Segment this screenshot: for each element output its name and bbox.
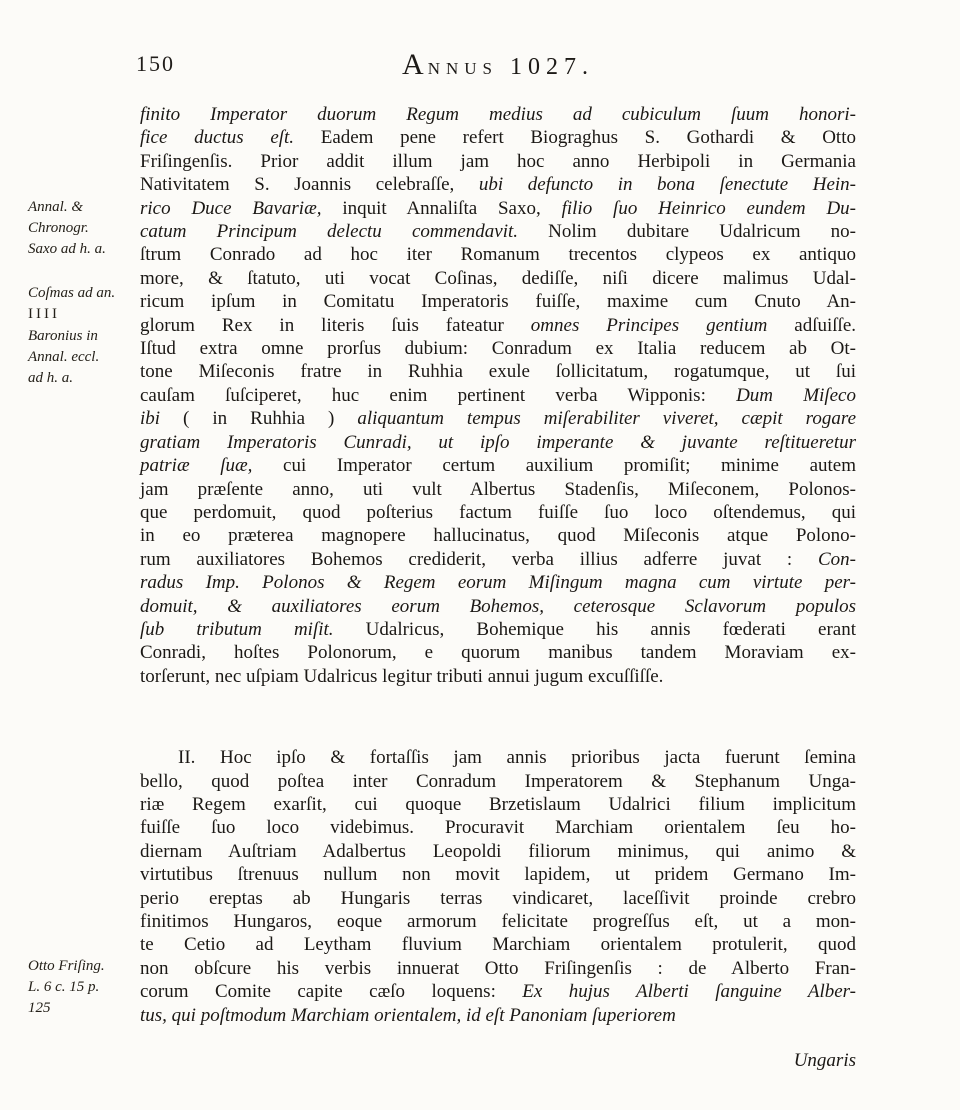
- text-line: cauſam ſuſciperet, huc enim pertinent ve…: [140, 384, 856, 407]
- italic-text-segment: Ex hujus Alberti ſanguine Alber-: [522, 981, 856, 1002]
- catchword: Ungaris: [794, 1050, 856, 1072]
- margin-note-line: Annal. eccl.: [28, 347, 140, 368]
- text-segment: II. Hoc ipſo & fortaſſis jam annis prior…: [178, 747, 856, 768]
- text-segment: adſuiſſe.: [767, 315, 856, 336]
- text-segment: inquit Annaliſta Saxo,: [322, 198, 562, 219]
- text-line: patriæ ſuæ, cui Imperator certum auxiliu…: [140, 454, 856, 477]
- italic-text-segment: domuit, & auxiliatores eorum Bohemos, ce…: [140, 596, 856, 617]
- text-line: que perdomuit, quod poſterius factum fui…: [140, 501, 856, 524]
- italic-text-segment: tus, qui poſtmodum Marchiam orientalem, …: [140, 1005, 676, 1026]
- text-line: te Cetio ad Leytham fluvium Marchiam ori…: [140, 933, 856, 956]
- italic-text-segment: ubi defuncto in bona ſenectute Hein-: [479, 174, 856, 195]
- text-segment: glorum Rex in literis ſuis fateatur: [140, 315, 531, 336]
- text-segment: perio ereptas ab Hungaris terras vindica…: [140, 888, 856, 909]
- margin-note-line: ad h. a.: [28, 368, 140, 389]
- italic-text-segment: finito Imperator duorum Regum medius ad …: [140, 104, 856, 125]
- text-line: more, & ſtatuto, uti vocat Coſinas, dedi…: [140, 267, 856, 290]
- text-segment: tone Miſeconis fratre in Ruhhia exule ſo…: [140, 361, 856, 382]
- text-segment: diernam Auſtriam Adalbertus Leopoldi fil…: [140, 841, 856, 862]
- text-line: gratiam Imperatoris Cunradi, ut ipſo imp…: [140, 431, 856, 454]
- text-segment: cauſam ſuſciperet, huc enim pertinent ve…: [140, 385, 736, 406]
- text-line: II. Hoc ipſo & fortaſſis jam annis prior…: [140, 746, 856, 769]
- text-segment: torſerunt, nec uſpiam Udalricus legitur …: [140, 666, 663, 687]
- text-segment: rum auxiliatores Bohemos crediderit, ver…: [140, 549, 818, 570]
- margin-note: Annal. &Chronogr.Saxo ad h. a.: [28, 197, 140, 260]
- text-line: finito Imperator duorum Regum medius ad …: [140, 103, 856, 126]
- italic-text-segment: filio ſuo Heinrico eundem Du-: [562, 198, 856, 219]
- text-line: finitimos Hungaros, eoque armorum felici…: [140, 910, 856, 933]
- text-segment: non obſcure his verbis innuerat Otto Fri…: [140, 958, 856, 979]
- text-line: radus Imp. Polonos & Regem eorum Miſingu…: [140, 571, 856, 594]
- margin-note-line: Annal. &: [28, 197, 140, 218]
- text-segment: Nativitatem S. Joannis celebraſſe,: [140, 174, 479, 195]
- italic-text-segment: Con-: [818, 549, 856, 570]
- text-segment: bello, quod poſtea inter Conradum Impera…: [140, 771, 856, 792]
- text-segment: te Cetio ad Leytham fluvium Marchiam ori…: [140, 934, 856, 955]
- text-line: fice ductus eſt. Eadem pene refert Biogr…: [140, 126, 856, 149]
- margin-note-line: Otto Friſing.: [28, 956, 140, 977]
- margin-note-line: Coſmas ad an.: [28, 283, 140, 304]
- margin-note-line: Saxo ad h. a.: [28, 239, 140, 260]
- text-segment: Nolim dubitare Udalricum no-: [518, 221, 856, 242]
- text-line: tus, qui poſtmodum Marchiam orientalem, …: [140, 1004, 856, 1027]
- margin-note-line: IIII: [28, 304, 140, 325]
- text-segment: fuiſſe ſuo loco videbimus. Procuravit Ma…: [140, 817, 856, 838]
- text-line: Nativitatem S. Joannis celebraſſe, ubi d…: [140, 173, 856, 196]
- text-line: Conradi, hoſtes Polonorum, e quorum mani…: [140, 641, 856, 664]
- text-line: tone Miſeconis fratre in Ruhhia exule ſo…: [140, 360, 856, 383]
- text-segment: riæ Regem exarſit, cui quoque Brzetislau…: [140, 794, 856, 815]
- text-segment: corum Comite capite cæſo loquens:: [140, 981, 522, 1002]
- margin-note: Baronius inAnnal. eccl.ad h. a.: [28, 326, 140, 389]
- italic-text-segment: gratiam Imperatoris Cunradi, ut ipſo imp…: [140, 432, 856, 453]
- text-line: riæ Regem exarſit, cui quoque Brzetislau…: [140, 793, 856, 816]
- text-segment: cui Imperator certum auxilium promiſit; …: [252, 455, 856, 476]
- text-segment: ricum ipſum in Comitatu Imperatoris fuiſ…: [140, 291, 856, 312]
- text-line: Iſtud extra omne prorſus dubium: Conradu…: [140, 337, 856, 360]
- italic-text-segment: omnes Principes gentium: [531, 315, 768, 336]
- text-line: fuiſſe ſuo loco videbimus. Procuravit Ma…: [140, 816, 856, 839]
- text-segment: Friſingenſis. Prior addit illum jam hoc …: [140, 151, 856, 172]
- italic-text-segment: patriæ ſuæ,: [140, 455, 252, 476]
- text-line: rum auxiliatores Bohemos crediderit, ver…: [140, 548, 856, 571]
- margin-note-line: Chronogr.: [28, 218, 140, 239]
- text-line: domuit, & auxiliatores eorum Bohemos, ce…: [140, 595, 856, 618]
- margin-note: Otto Friſing.L. 6 c. 15 p.125: [28, 956, 140, 1019]
- margin-note: Coſmas ad an.IIII: [28, 283, 140, 325]
- text-line: jam præſente anno, uti vult Albertus Sta…: [140, 478, 856, 501]
- text-line: ſtrum Conrado ad hoc iter Romanum trecen…: [140, 243, 856, 266]
- margin-note-line: L. 6 c. 15 p.: [28, 977, 140, 998]
- italic-text-segment: aliquantum tempus miſerabiliter viveret,…: [357, 408, 856, 429]
- text-segment: Conradi, hoſtes Polonorum, e quorum mani…: [140, 642, 856, 663]
- text-line: Friſingenſis. Prior addit illum jam hoc …: [140, 150, 856, 173]
- italic-text-segment: catum Principum delectu commendavit.: [140, 221, 518, 242]
- text-line: diernam Auſtriam Adalbertus Leopoldi fil…: [140, 840, 856, 863]
- text-line: catum Principum delectu commendavit. Nol…: [140, 220, 856, 243]
- paragraph: II. Hoc ipſo & fortaſſis jam annis prior…: [140, 746, 856, 1027]
- text-line: perio ereptas ab Hungaris terras vindica…: [140, 887, 856, 910]
- text-line: rico Duce Bavariæ, inquit Annaliſta Saxo…: [140, 197, 856, 220]
- text-segment: Eadem pene refert Biograghus S. Gothardi…: [294, 127, 856, 148]
- running-title: Annus 1027.: [140, 48, 856, 82]
- text-segment: ſtrum Conrado ad hoc iter Romanum trecen…: [140, 244, 856, 265]
- text-line: ſub tributum miſit. Udalricus, Bohemique…: [140, 618, 856, 641]
- text-segment: ( in Ruhhia ): [160, 408, 357, 429]
- text-segment: Udalricus, Bohemique his annis fœderati …: [334, 619, 856, 640]
- text-segment: finitimos Hungaros, eoque armorum felici…: [140, 911, 856, 932]
- italic-text-segment: rico Duce Bavariæ,: [140, 198, 322, 219]
- text-line: bello, quod poſtea inter Conradum Impera…: [140, 770, 856, 793]
- italic-text-segment: fice ductus eſt.: [140, 127, 294, 148]
- text-line: torſerunt, nec uſpiam Udalricus legitur …: [140, 665, 856, 688]
- text-segment: in eo præterea magnopere hallucinatus, q…: [140, 525, 856, 546]
- text-segment: jam præſente anno, uti vult Albertus Sta…: [140, 479, 856, 500]
- text-line: virtutibus ſtrenuus nullum non movit lap…: [140, 863, 856, 886]
- text-line: in eo præterea magnopere hallucinatus, q…: [140, 524, 856, 547]
- italic-text-segment: ibi: [140, 408, 160, 429]
- text-segment: Iſtud extra omne prorſus dubium: Conradu…: [140, 338, 856, 359]
- text-segment: virtutibus ſtrenuus nullum non movit lap…: [140, 864, 856, 885]
- margin-note-line: Baronius in: [28, 326, 140, 347]
- text-line: ibi ( in Ruhhia ) aliquantum tempus miſe…: [140, 407, 856, 430]
- text-block: finito Imperator duorum Regum medius ad …: [140, 103, 856, 1027]
- book-page: 150 Annus 1027. Annal. &Chronogr.Saxo ad…: [0, 0, 960, 1110]
- text-line: non obſcure his verbis innuerat Otto Fri…: [140, 957, 856, 980]
- paragraph: finito Imperator duorum Regum medius ad …: [140, 103, 856, 688]
- text-line: corum Comite capite cæſo loquens: Ex huj…: [140, 980, 856, 1003]
- italic-text-segment: Dum Miſeco: [736, 385, 856, 406]
- text-line: glorum Rex in literis ſuis fateatur omne…: [140, 314, 856, 337]
- margin-note-line: 125: [28, 998, 140, 1019]
- text-segment: que perdomuit, quod poſterius factum fui…: [140, 502, 856, 523]
- text-line: ricum ipſum in Comitatu Imperatoris fuiſ…: [140, 290, 856, 313]
- italic-text-segment: ſub tributum miſit.: [140, 619, 334, 640]
- text-segment: more, & ſtatuto, uti vocat Coſinas, dedi…: [140, 268, 856, 289]
- italic-text-segment: radus Imp. Polonos & Regem eorum Miſingu…: [140, 572, 856, 593]
